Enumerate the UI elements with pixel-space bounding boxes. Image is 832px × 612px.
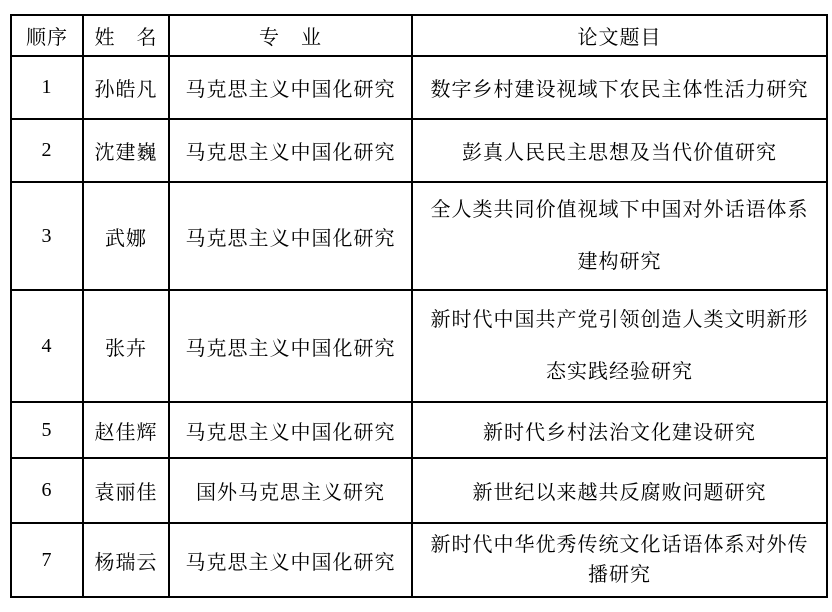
cell-name: 武娜 [83,182,169,290]
table-row: 4 张卉 马克思主义中国化研究 新时代中国共产党引领创造人类文明新形 态实践经验… [11,290,827,402]
header-major: 专 业 [169,15,412,56]
table-header-row: 顺序 姓 名 专 业 论文题目 [11,15,827,56]
cell-name: 张卉 [83,290,169,402]
cell-title: 新时代中国共产党引领创造人类文明新形 态实践经验研究 [412,290,827,402]
cell-name: 赵佳辉 [83,402,169,458]
cell-order: 5 [11,402,83,458]
cell-order: 3 [11,182,83,290]
cell-title: 彭真人民民主思想及当代价值研究 [412,119,827,182]
table-row: 6 袁丽佳 国外马克思主义研究 新世纪以来越共反腐败问题研究 [11,458,827,523]
cell-order: 6 [11,458,83,523]
cell-title: 新世纪以来越共反腐败问题研究 [412,458,827,523]
cell-major: 马克思主义中国化研究 [169,523,412,597]
cell-order: 7 [11,523,83,597]
cell-major: 马克思主义中国化研究 [169,290,412,402]
cell-title: 全人类共同价值视域下中国对外话语体系 建构研究 [412,182,827,290]
table-row: 7 杨瑞云 马克思主义中国化研究 新时代中华优秀传统文化话语体系对外传 播研究 [11,523,827,597]
table-row: 2 沈建巍 马克思主义中国化研究 彭真人民民主思想及当代价值研究 [11,119,827,182]
cell-order: 4 [11,290,83,402]
table-row: 3 武娜 马克思主义中国化研究 全人类共同价值视域下中国对外话语体系 建构研究 [11,182,827,290]
cell-name: 袁丽佳 [83,458,169,523]
header-order: 顺序 [11,15,83,56]
table-row: 1 孙皓凡 马克思主义中国化研究 数字乡村建设视域下农民主体性活力研究 [11,56,827,119]
cell-major: 马克思主义中国化研究 [169,119,412,182]
cell-major: 马克思主义中国化研究 [169,56,412,119]
cell-name: 杨瑞云 [83,523,169,597]
cell-title: 新时代中华优秀传统文化话语体系对外传 播研究 [412,523,827,597]
cell-major: 马克思主义中国化研究 [169,402,412,458]
cell-title: 新时代乡村法治文化建设研究 [412,402,827,458]
cell-name: 孙皓凡 [83,56,169,119]
thesis-roster-table: 顺序 姓 名 专 业 论文题目 1 孙皓凡 马克思主义中国化研究 数字乡村建设视… [10,14,828,598]
cell-major: 马克思主义中国化研究 [169,182,412,290]
cell-title: 数字乡村建设视域下农民主体性活力研究 [412,56,827,119]
cell-order: 2 [11,119,83,182]
table-row: 5 赵佳辉 马克思主义中国化研究 新时代乡村法治文化建设研究 [11,402,827,458]
cell-major: 国外马克思主义研究 [169,458,412,523]
header-title: 论文题目 [412,15,827,56]
cell-name: 沈建巍 [83,119,169,182]
header-name: 姓 名 [83,15,169,56]
cell-order: 1 [11,56,83,119]
